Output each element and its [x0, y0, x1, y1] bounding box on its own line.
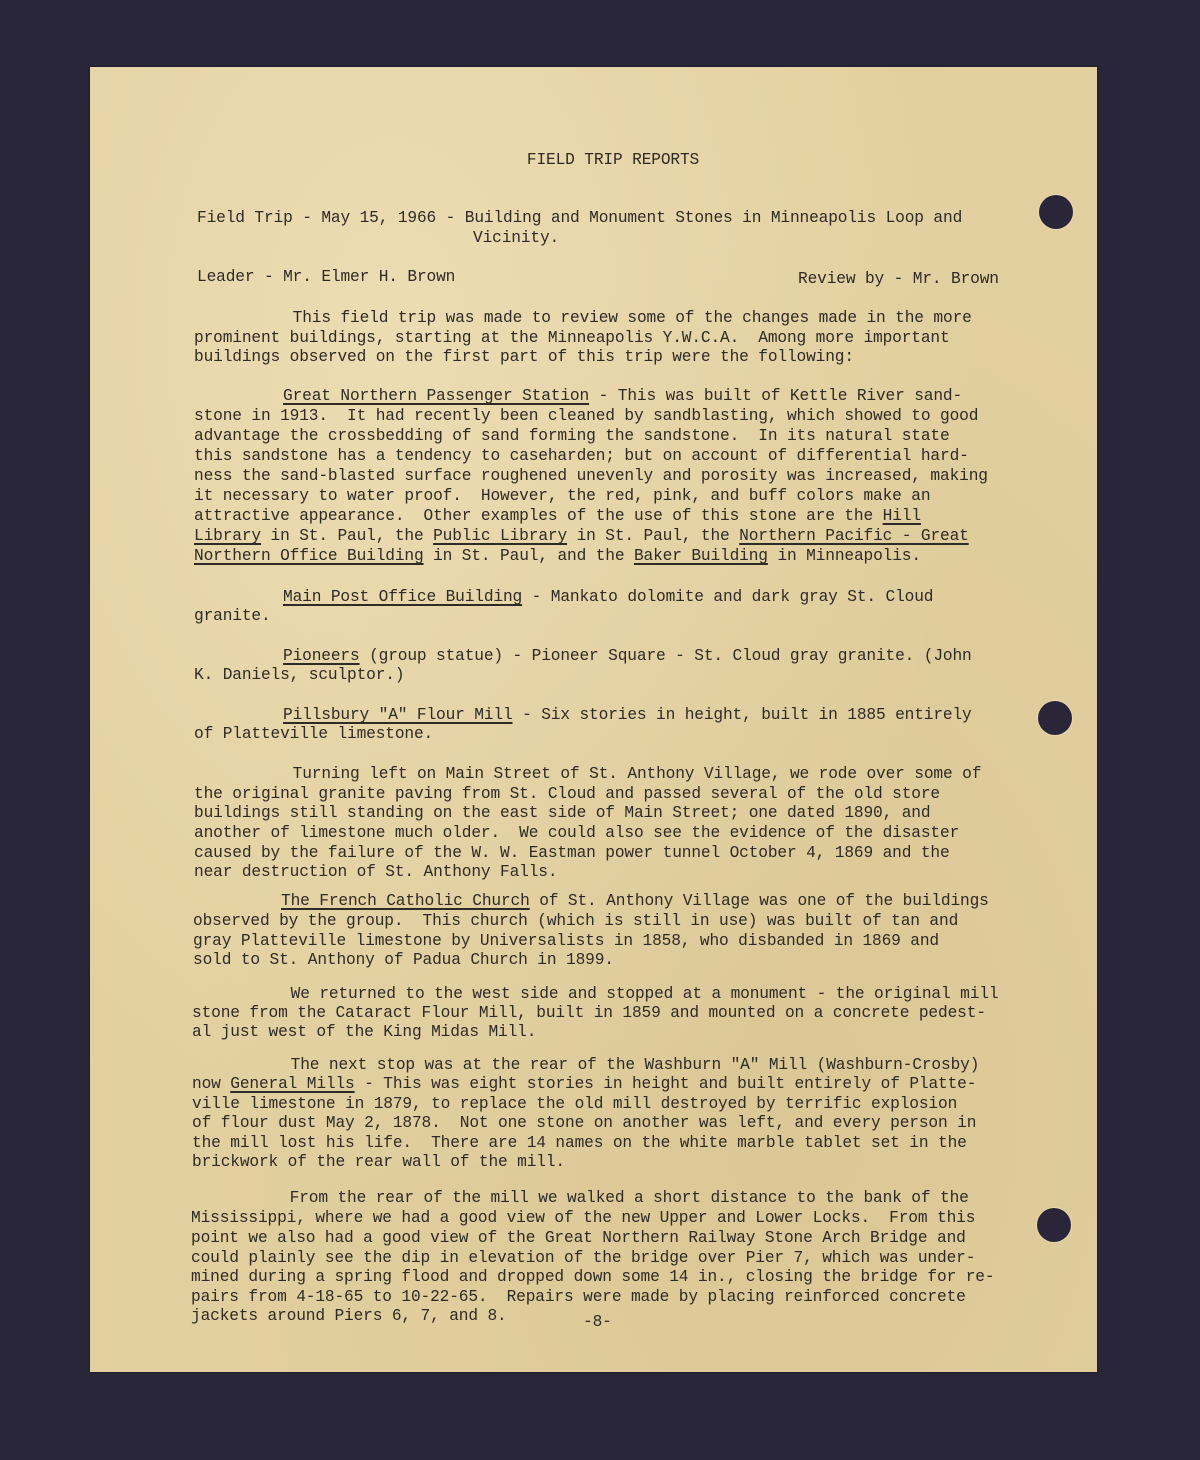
review-line: Review by - Mr. Brown — [798, 270, 999, 290]
trip-heading: Field Trip - May 15, 1966 - Building and… — [197, 209, 962, 229]
building-name: Public Library — [433, 527, 567, 545]
company-name: General Mills — [230, 1075, 354, 1093]
leader-line: Leader - Mr. Elmer H. Brown — [197, 268, 455, 288]
statue-name: Pioneers — [283, 647, 360, 665]
binder-hole-bottom — [1037, 1208, 1071, 1242]
page-title: FIELD TRIP REPORTS — [513, 151, 713, 171]
binder-hole-middle — [1038, 701, 1072, 735]
building-name: Northern Pacific - Great — [739, 527, 969, 545]
building-name: The French Catholic Church — [281, 892, 530, 910]
binder-hole-top — [1039, 195, 1073, 229]
building-name: Great Northern Passenger Station — [283, 387, 589, 405]
building-name: Library — [194, 527, 261, 545]
building-name: Hill — [883, 507, 921, 525]
document-page: FIELD TRIP REPORTS Field Trip - May 15, … — [90, 67, 1097, 1372]
building-name: Northern Office Building — [194, 547, 424, 565]
trip-heading-cont: Vicinity. — [473, 229, 559, 249]
building-name: Baker Building — [634, 547, 768, 565]
building-name: Pillsbury "A" Flour Mill — [283, 706, 513, 724]
page-number: -8- — [583, 1313, 612, 1333]
building-name: Main Post Office Building — [283, 588, 522, 606]
